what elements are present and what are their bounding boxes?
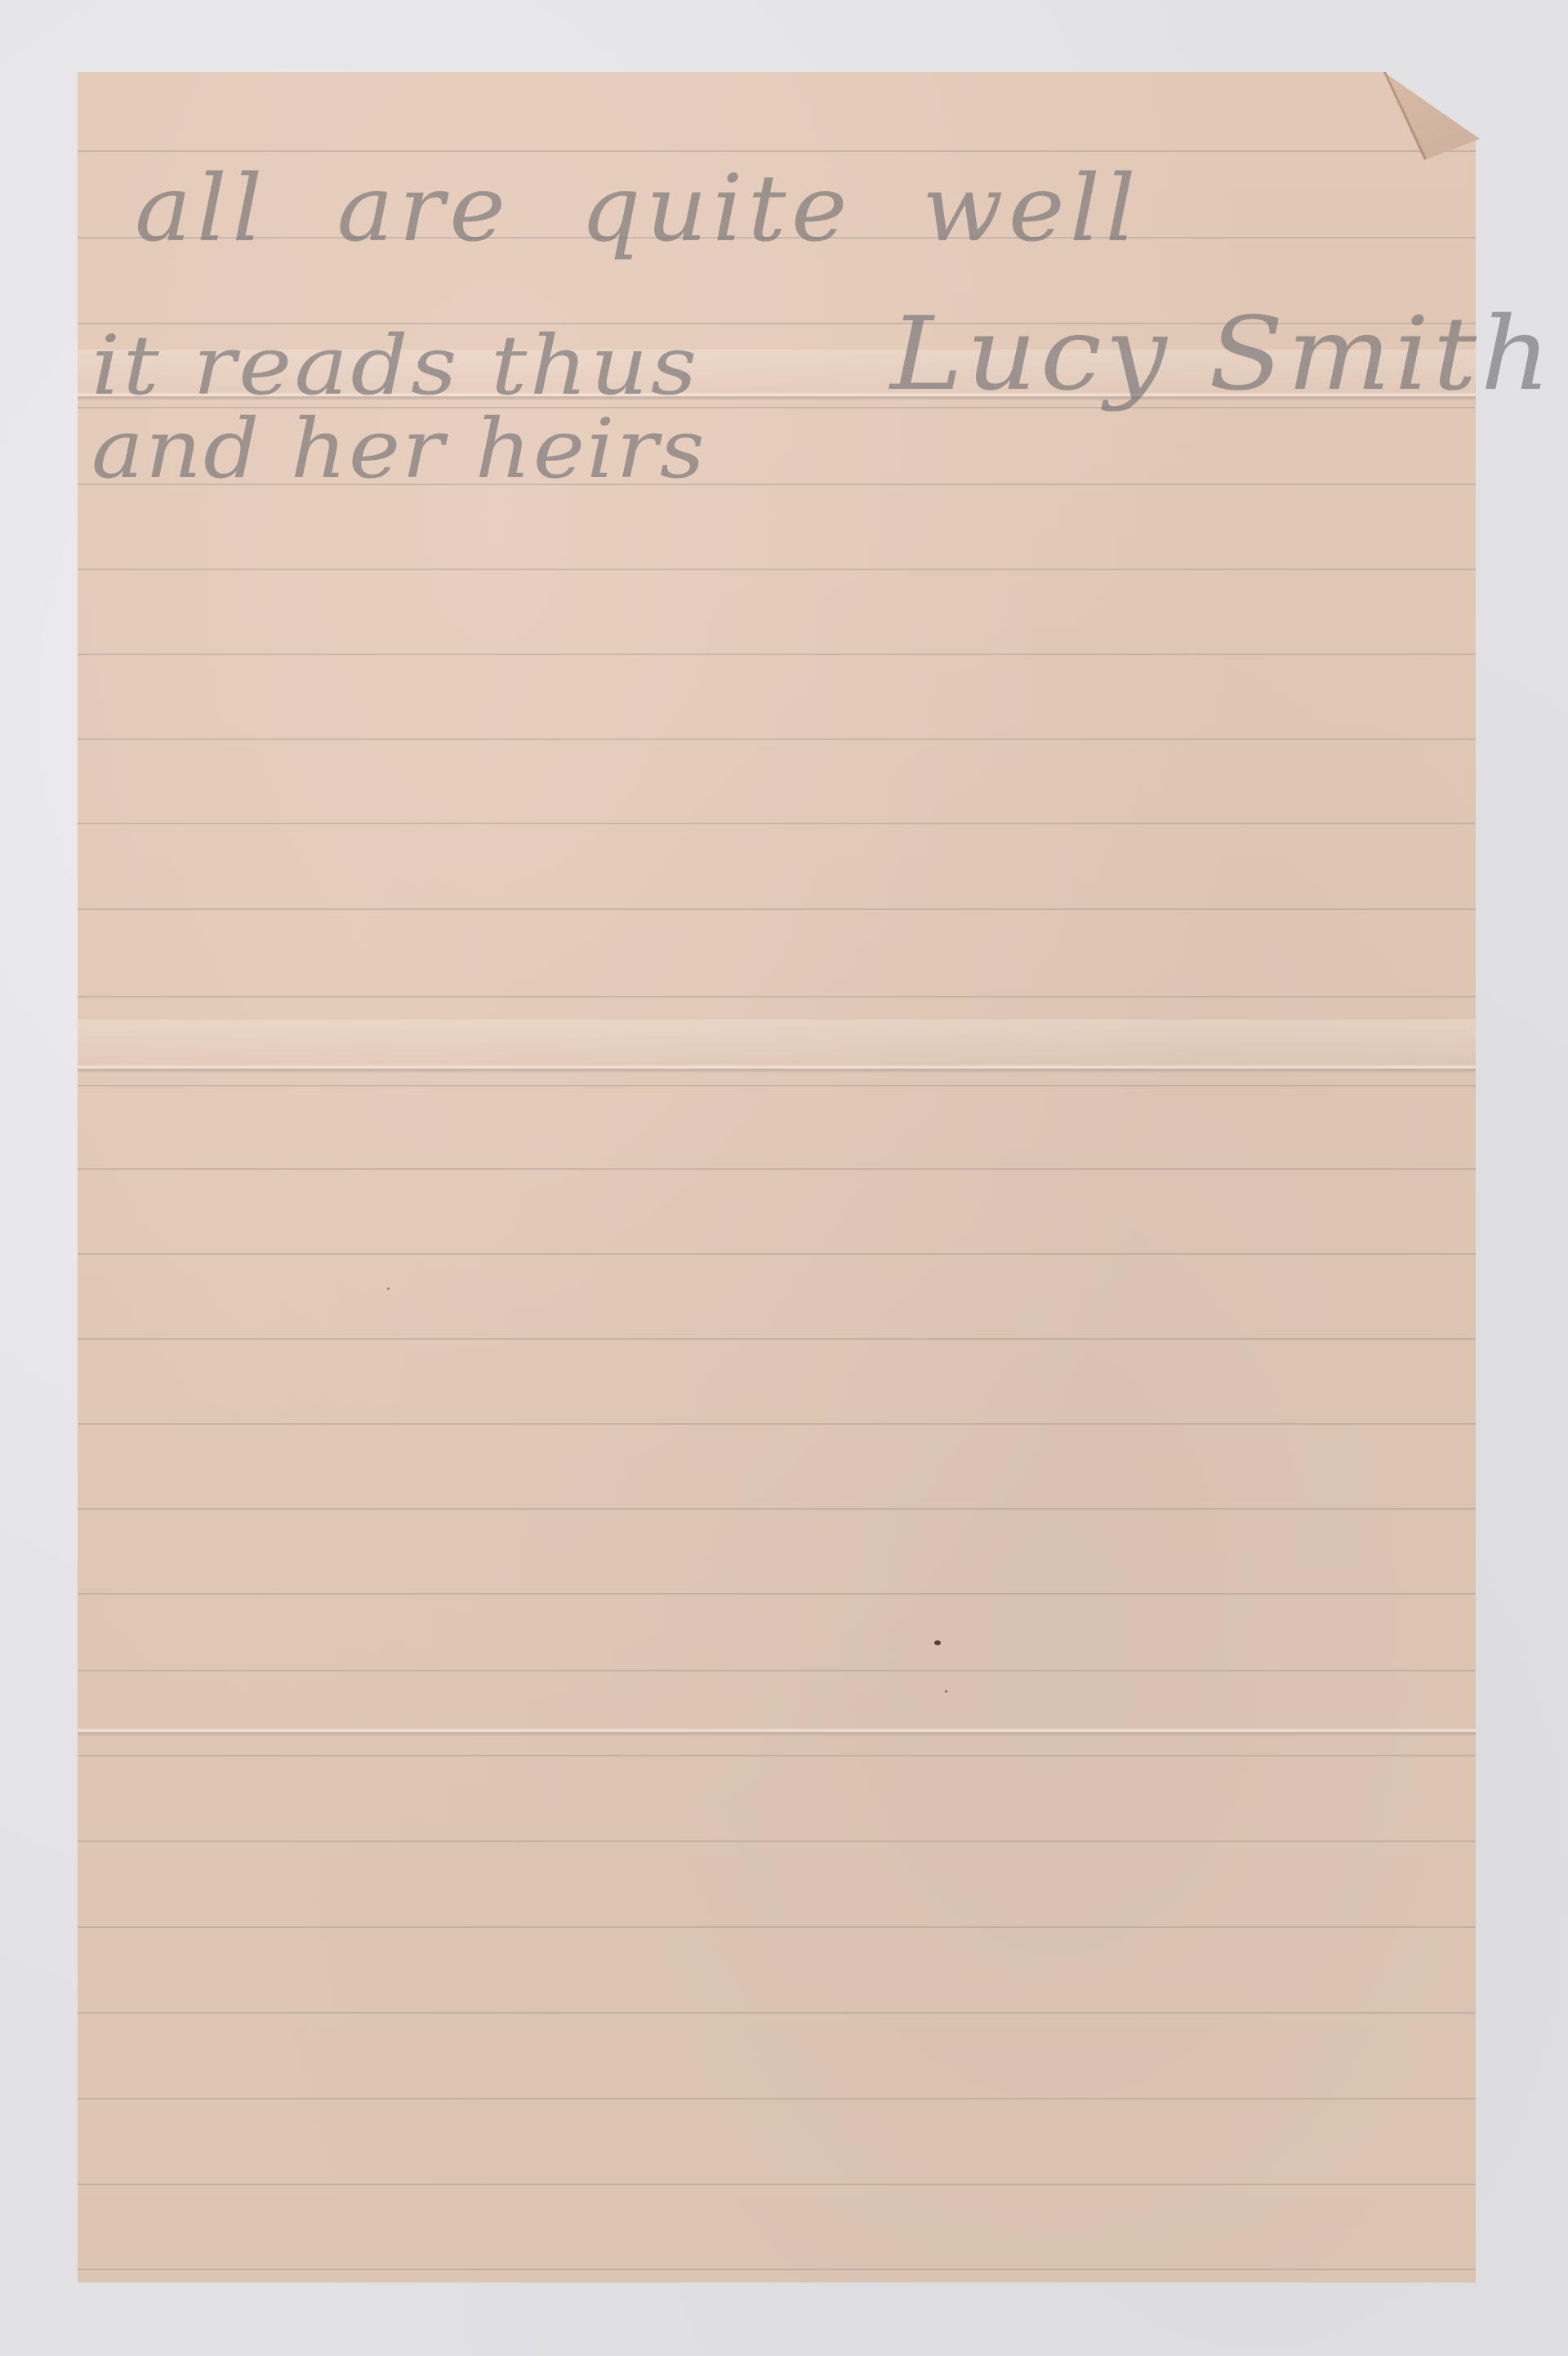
ruled-line	[78, 2184, 1476, 2185]
handwritten-signature-name: Lucy Smith	[890, 304, 1554, 405]
handwritten-line: it reads thus	[91, 325, 700, 407]
handwritten-line: all are quite well	[135, 163, 1141, 255]
ruled-line	[78, 1926, 1476, 1928]
ruled-line	[78, 908, 1476, 910]
ruled-line	[78, 150, 1476, 152]
ruled-line	[78, 1085, 1476, 1087]
ruled-line	[78, 1168, 1476, 1170]
ruled-line	[78, 823, 1476, 824]
ruled-line	[78, 2098, 1476, 2099]
fold-crease	[78, 1728, 1476, 1736]
ruled-line	[78, 2012, 1476, 2014]
ruled-line	[78, 996, 1476, 997]
ruled-line	[78, 569, 1476, 570]
ruled-line	[78, 738, 1476, 740]
ruled-line	[78, 2269, 1476, 2270]
fold-highlight	[78, 1020, 1476, 1069]
ruled-line	[78, 1755, 1476, 1756]
ruled-line	[78, 1338, 1476, 1340]
ruled-line	[78, 654, 1476, 655]
ruled-line	[78, 1253, 1476, 1255]
ruled-line	[78, 1593, 1476, 1595]
ruled-line	[78, 1670, 1476, 1671]
handwritten-line: and her heirs	[91, 408, 706, 490]
fold-crease	[78, 1064, 1476, 1073]
ruled-line	[78, 1841, 1476, 1842]
ruled-line	[78, 1508, 1476, 1510]
ink-speck	[945, 1690, 947, 1693]
ink-speck	[934, 1640, 941, 1645]
ink-speck	[387, 1287, 390, 1290]
ruled-line	[78, 1423, 1476, 1425]
